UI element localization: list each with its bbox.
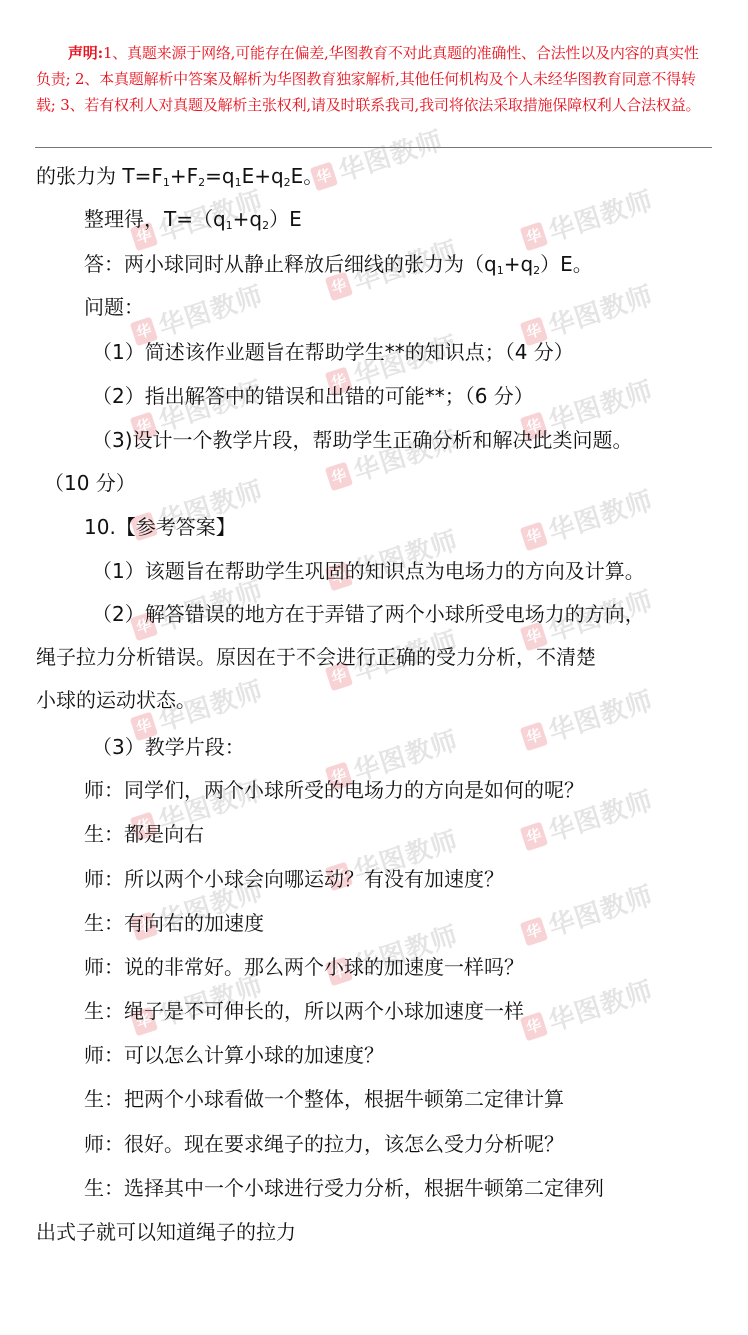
watermark-logo: 华华图教师	[518, 480, 658, 557]
header-divider	[35, 147, 712, 148]
disclaimer-notice: 声明:1、真题来源于网络,可能存在偏差,华图教育不对此真题的准确性、合法性以及内…	[36, 40, 712, 118]
dialogue-line: 师：可以怎么计算小球的加速度？	[84, 1041, 384, 1069]
watermark-icon: 华	[520, 221, 548, 251]
dialogue-line: 生：有向右的加速度	[84, 909, 264, 937]
watermark-logo: 华华图教师	[518, 180, 658, 257]
reference-answer-3: （3）教学片段：	[92, 733, 245, 761]
dialogue-line: 生：绳子是不可伸长的，所以两个小球加速度一样	[84, 997, 524, 1025]
watermark-logo: 华华图教师	[518, 680, 658, 757]
reference-answer-2-cont: 绳子拉力分析错误。原因在于不会进行正确的受力分析，不清楚	[36, 643, 596, 671]
dialogue-line: 师：同学们，两个小球所受的电场力的方向是如何的呢？	[84, 776, 584, 804]
watermark-icon: 华	[520, 521, 548, 551]
dialogue-line: 生：选择其中一个小球进行受力分析，根据牛顿第二定律列	[84, 1174, 604, 1202]
reference-answer-2: （2）解答错误的地方在于弄错了两个小球所受电场力的方向，	[92, 600, 645, 628]
watermark-logo: 华华图教师	[518, 875, 658, 952]
dialogue-line: 生：把两个小球看做一个整体，根据牛顿第二定律计算	[84, 1085, 564, 1113]
reference-answer-title: 10.【参考答案】	[84, 513, 236, 541]
reference-answer-1: （1）该题旨在帮助学生巩固的知识点为电场力的方向及计算。	[92, 557, 645, 585]
disclaimer-text: 1、真题来源于网络,可能存在偏差,华图教育不对此真题的准确性、合法性以及内容的真…	[36, 44, 700, 114]
question-3-score: （10 分）	[44, 469, 136, 497]
watermark-logo: 华华图教师	[518, 970, 658, 1047]
reference-answer-2-end: 小球的运动状态。	[36, 686, 196, 714]
dialogue-line: 生：都是向右	[84, 820, 204, 848]
answer-line: 答：两小球同时从静止释放后细线的张力为（q1+q2）E。	[84, 250, 593, 278]
question-1: （1）简述该作业题旨在帮助学生**的知识点；（4 分）	[92, 338, 574, 366]
dialogue-line: 出式子就可以知道绳子的拉力	[36, 1218, 296, 1246]
question-3: （3)设计一个教学片段，帮助学生正确分析和解决此类问题。	[92, 426, 633, 454]
watermark-icon: 华	[520, 721, 548, 751]
tension-line: 的张力为 T=F1+F2=q1E+q2E。	[36, 162, 323, 190]
watermark-icon: 华	[520, 916, 548, 946]
watermark-logo: 华华图教师	[308, 120, 448, 197]
dialogue-line: 师：说的非常好。那么两个小球的加速度一样吗？	[84, 953, 524, 981]
simplify-line: 整理得，T=（q1+q2）E	[84, 205, 302, 233]
watermark-icon: 华	[325, 461, 353, 491]
dialogue-line: 师：所以两个小球会向哪运动？有没有加速度？	[84, 865, 504, 893]
questions-title: 问题：	[84, 293, 144, 321]
dialogue-line: 师：很好。现在要求绳子的拉力，该怎么受力分析呢？	[84, 1130, 564, 1158]
question-2: （2）指出解答中的错误和出错的可能**；（6 分）	[92, 382, 534, 410]
disclaimer-label: 声明:	[68, 44, 103, 62]
watermark-icon: 华	[520, 821, 548, 851]
